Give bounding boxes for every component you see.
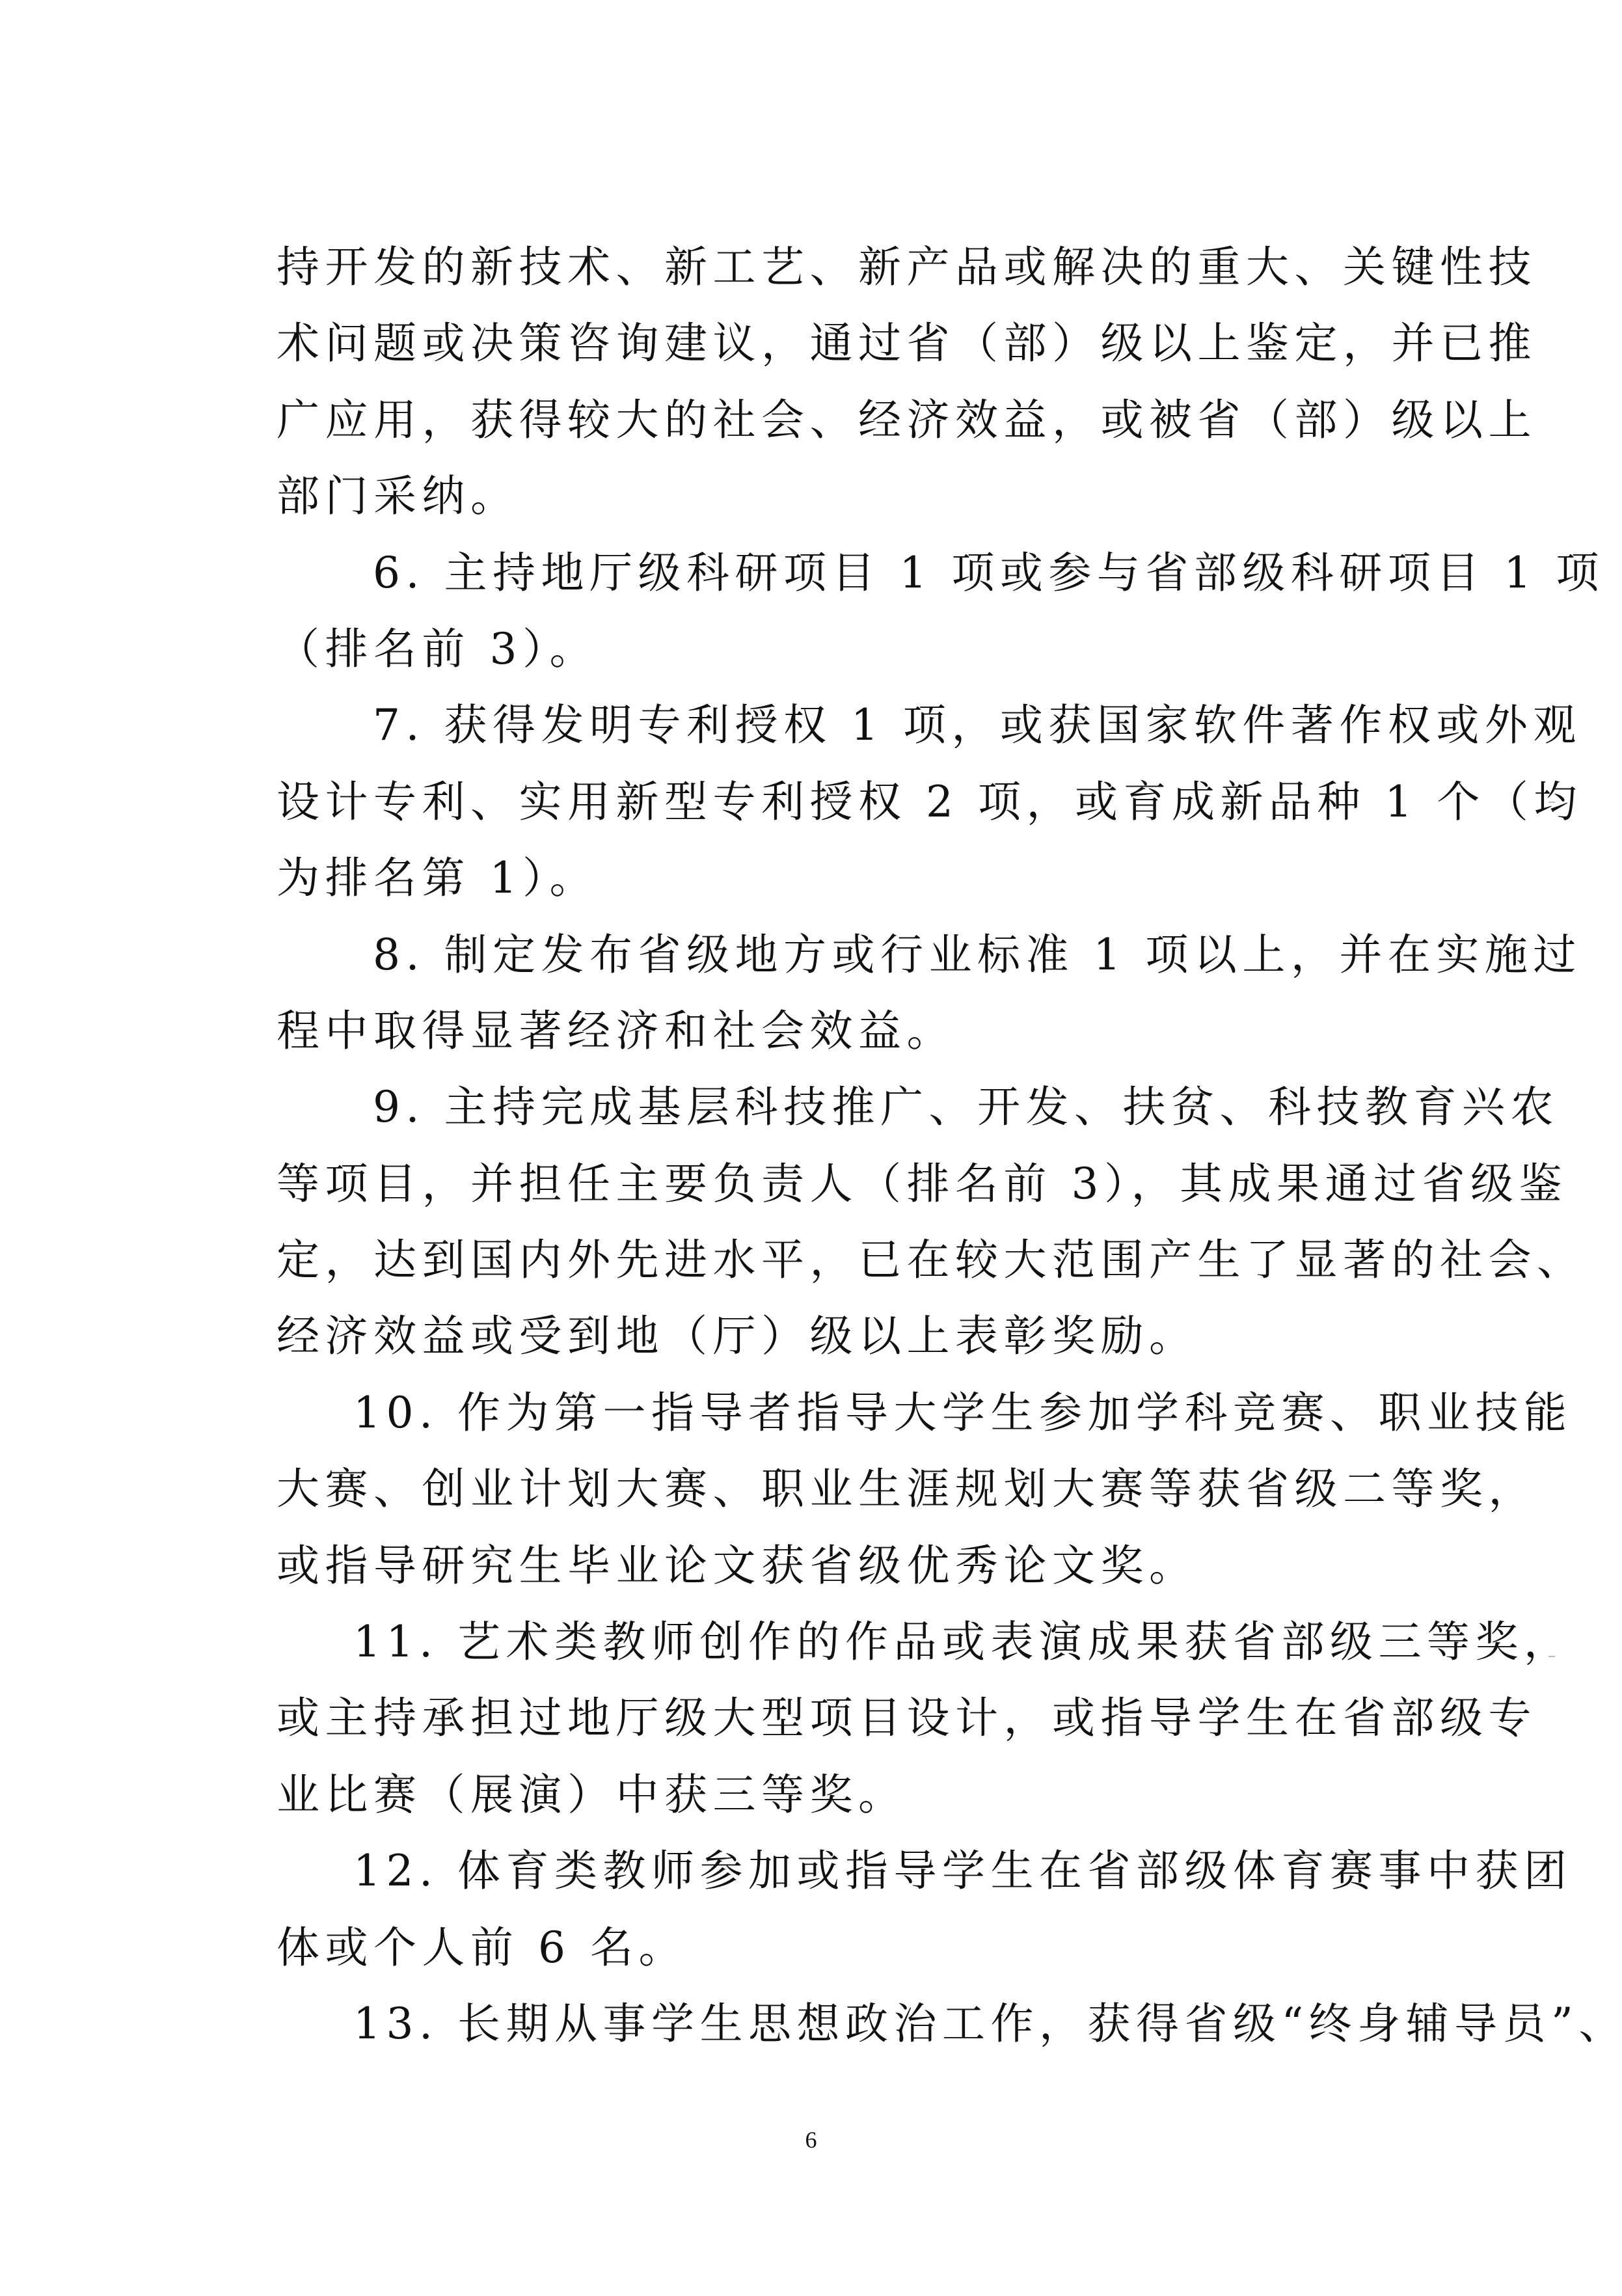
text-line: 大赛、创业计划大赛、职业生涯规划大赛等获省级二等奖，	[277, 1451, 1383, 1527]
text-line: 广应用，获得较大的社会、经济效益，或被省（部）级以上	[277, 382, 1383, 458]
text-line: 定，达到国内外先进水平，已在较大范围产生了显著的社会、	[277, 1222, 1383, 1298]
text-line: 为排名第 1）。	[277, 840, 1383, 916]
document-page: 持开发的新技术、新工艺、新产品或解决的重大、关键性技 术问题或决策咨询建议，通过…	[0, 0, 1622, 2296]
list-item-13-start: 13. 长期从事学生思想政治工作，获得省级“终身辅导员”、	[277, 1986, 1383, 2062]
text-line: 等项目，并担任主要负责人（排名前 3），其成果通过省级鉴	[277, 1146, 1383, 1222]
text-line: （排名前 3）。	[277, 611, 1383, 687]
text-line: 程中取得显著经济和社会效益。	[277, 993, 1383, 1069]
text-line: 设计专利、实用新型专利授权 2 项，或育成新品种 1 个（均	[277, 764, 1383, 840]
scan-artifact	[1548, 802, 1555, 803]
list-item-7-start: 7. 获得发明专利授权 1 项，或获国家软件著作权或外观	[277, 687, 1383, 763]
page-number: 6	[0, 2126, 1622, 2154]
text-line: 术问题或决策咨询建议，通过省（部）级以上鉴定，并已推	[277, 305, 1383, 381]
text-line: 业比赛（展演）中获三等奖。	[277, 1757, 1383, 1833]
text-line: 持开发的新技术、新工艺、新产品或解决的重大、关键性技	[277, 229, 1383, 305]
list-item-12-start: 12. 体育类教师参加或指导学生在省部级体育赛事中获团	[277, 1833, 1383, 1909]
text-line: 或主持承担过地厅级大型项目设计，或指导学生在省部级专	[277, 1680, 1383, 1756]
list-item-11-start: 11. 艺术类教师创作的作品或表演成果获省部级三等奖，	[277, 1604, 1383, 1680]
list-item-10-start: 10. 作为第一指导者指导大学生参加学科竞赛、职业技能	[277, 1375, 1383, 1451]
list-item-6-start: 6. 主持地厅级科研项目 1 项或参与省部级科研项目 1 项	[277, 535, 1383, 611]
text-line: 体或个人前 6 名。	[277, 1910, 1383, 1986]
body-text: 持开发的新技术、新工艺、新产品或解决的重大、关键性技 术问题或决策咨询建议，通过…	[277, 229, 1383, 2062]
text-line: 经济效益或受到地（厅）级以上表彰奖励。	[277, 1298, 1383, 1374]
scan-artifact	[1548, 1656, 1555, 1657]
list-item-8-start: 8. 制定发布省级地方或行业标准 1 项以上，并在实施过	[277, 917, 1383, 993]
text-line: 或指导研究生毕业论文获省级优秀论文奖。	[277, 1528, 1383, 1604]
text-line: 部门采纳。	[277, 458, 1383, 534]
list-item-9-start: 9. 主持完成基层科技推广、开发、扶贫、科技教育兴农	[277, 1069, 1383, 1145]
